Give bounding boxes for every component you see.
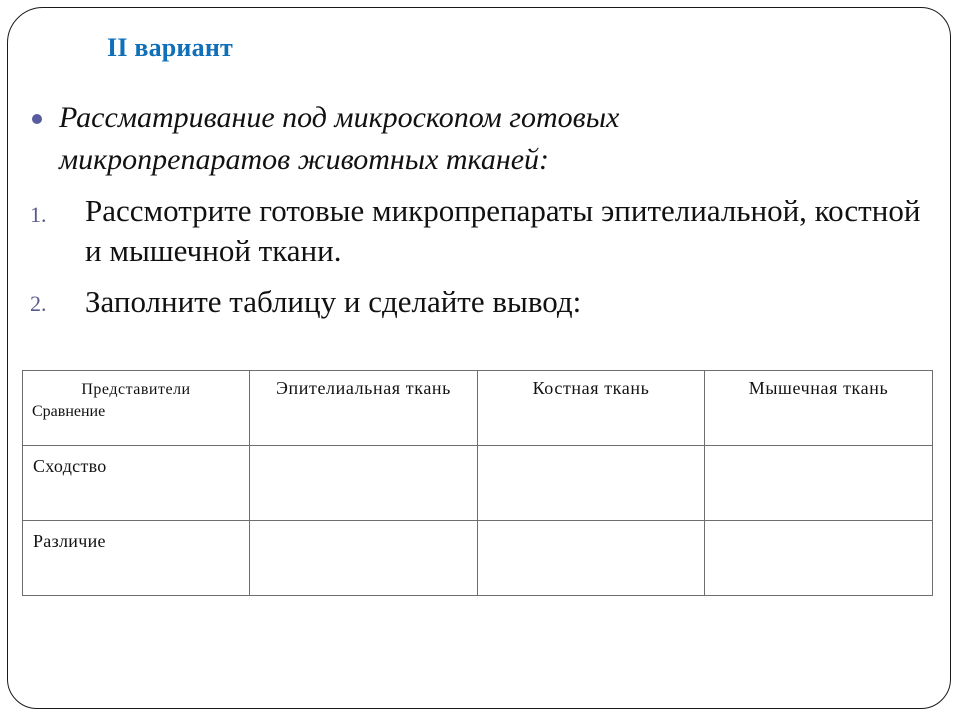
step-text: Рассмотрите готовые микропрепараты эпите…: [85, 191, 925, 271]
table-corner-cell: Представители Сравнение: [23, 371, 250, 446]
table-cell: [705, 446, 933, 521]
step-text: Заполните таблицу и сделайте вывод:: [85, 282, 581, 322]
table-cell: [478, 521, 705, 596]
slide-title: II вариант: [107, 33, 233, 63]
step-number: 2.: [30, 291, 47, 317]
comparison-table: Представители Сравнение Эпителиальная тк…: [22, 370, 933, 596]
intro-text: Рассматривание под микроскопом готовых м…: [59, 97, 839, 181]
table-cell: [250, 521, 478, 596]
row-label: Сходство: [23, 446, 250, 521]
table-header-row: Представители Сравнение Эпителиальная тк…: [23, 371, 933, 446]
column-header: Костная ткань: [478, 371, 705, 446]
table-cell: [478, 446, 705, 521]
table-cell: [705, 521, 933, 596]
corner-top-label: Представители: [23, 379, 249, 401]
column-header: Мышечная ткань: [705, 371, 933, 446]
table-row: Сходство: [23, 446, 933, 521]
corner-bottom-label: Сравнение: [23, 401, 249, 423]
table-row: Различие: [23, 521, 933, 596]
bullet-dot-icon: [32, 114, 42, 124]
step-number: 1.: [30, 202, 47, 228]
column-header: Эпителиальная ткань: [250, 371, 478, 446]
table-cell: [250, 446, 478, 521]
row-label: Различие: [23, 521, 250, 596]
